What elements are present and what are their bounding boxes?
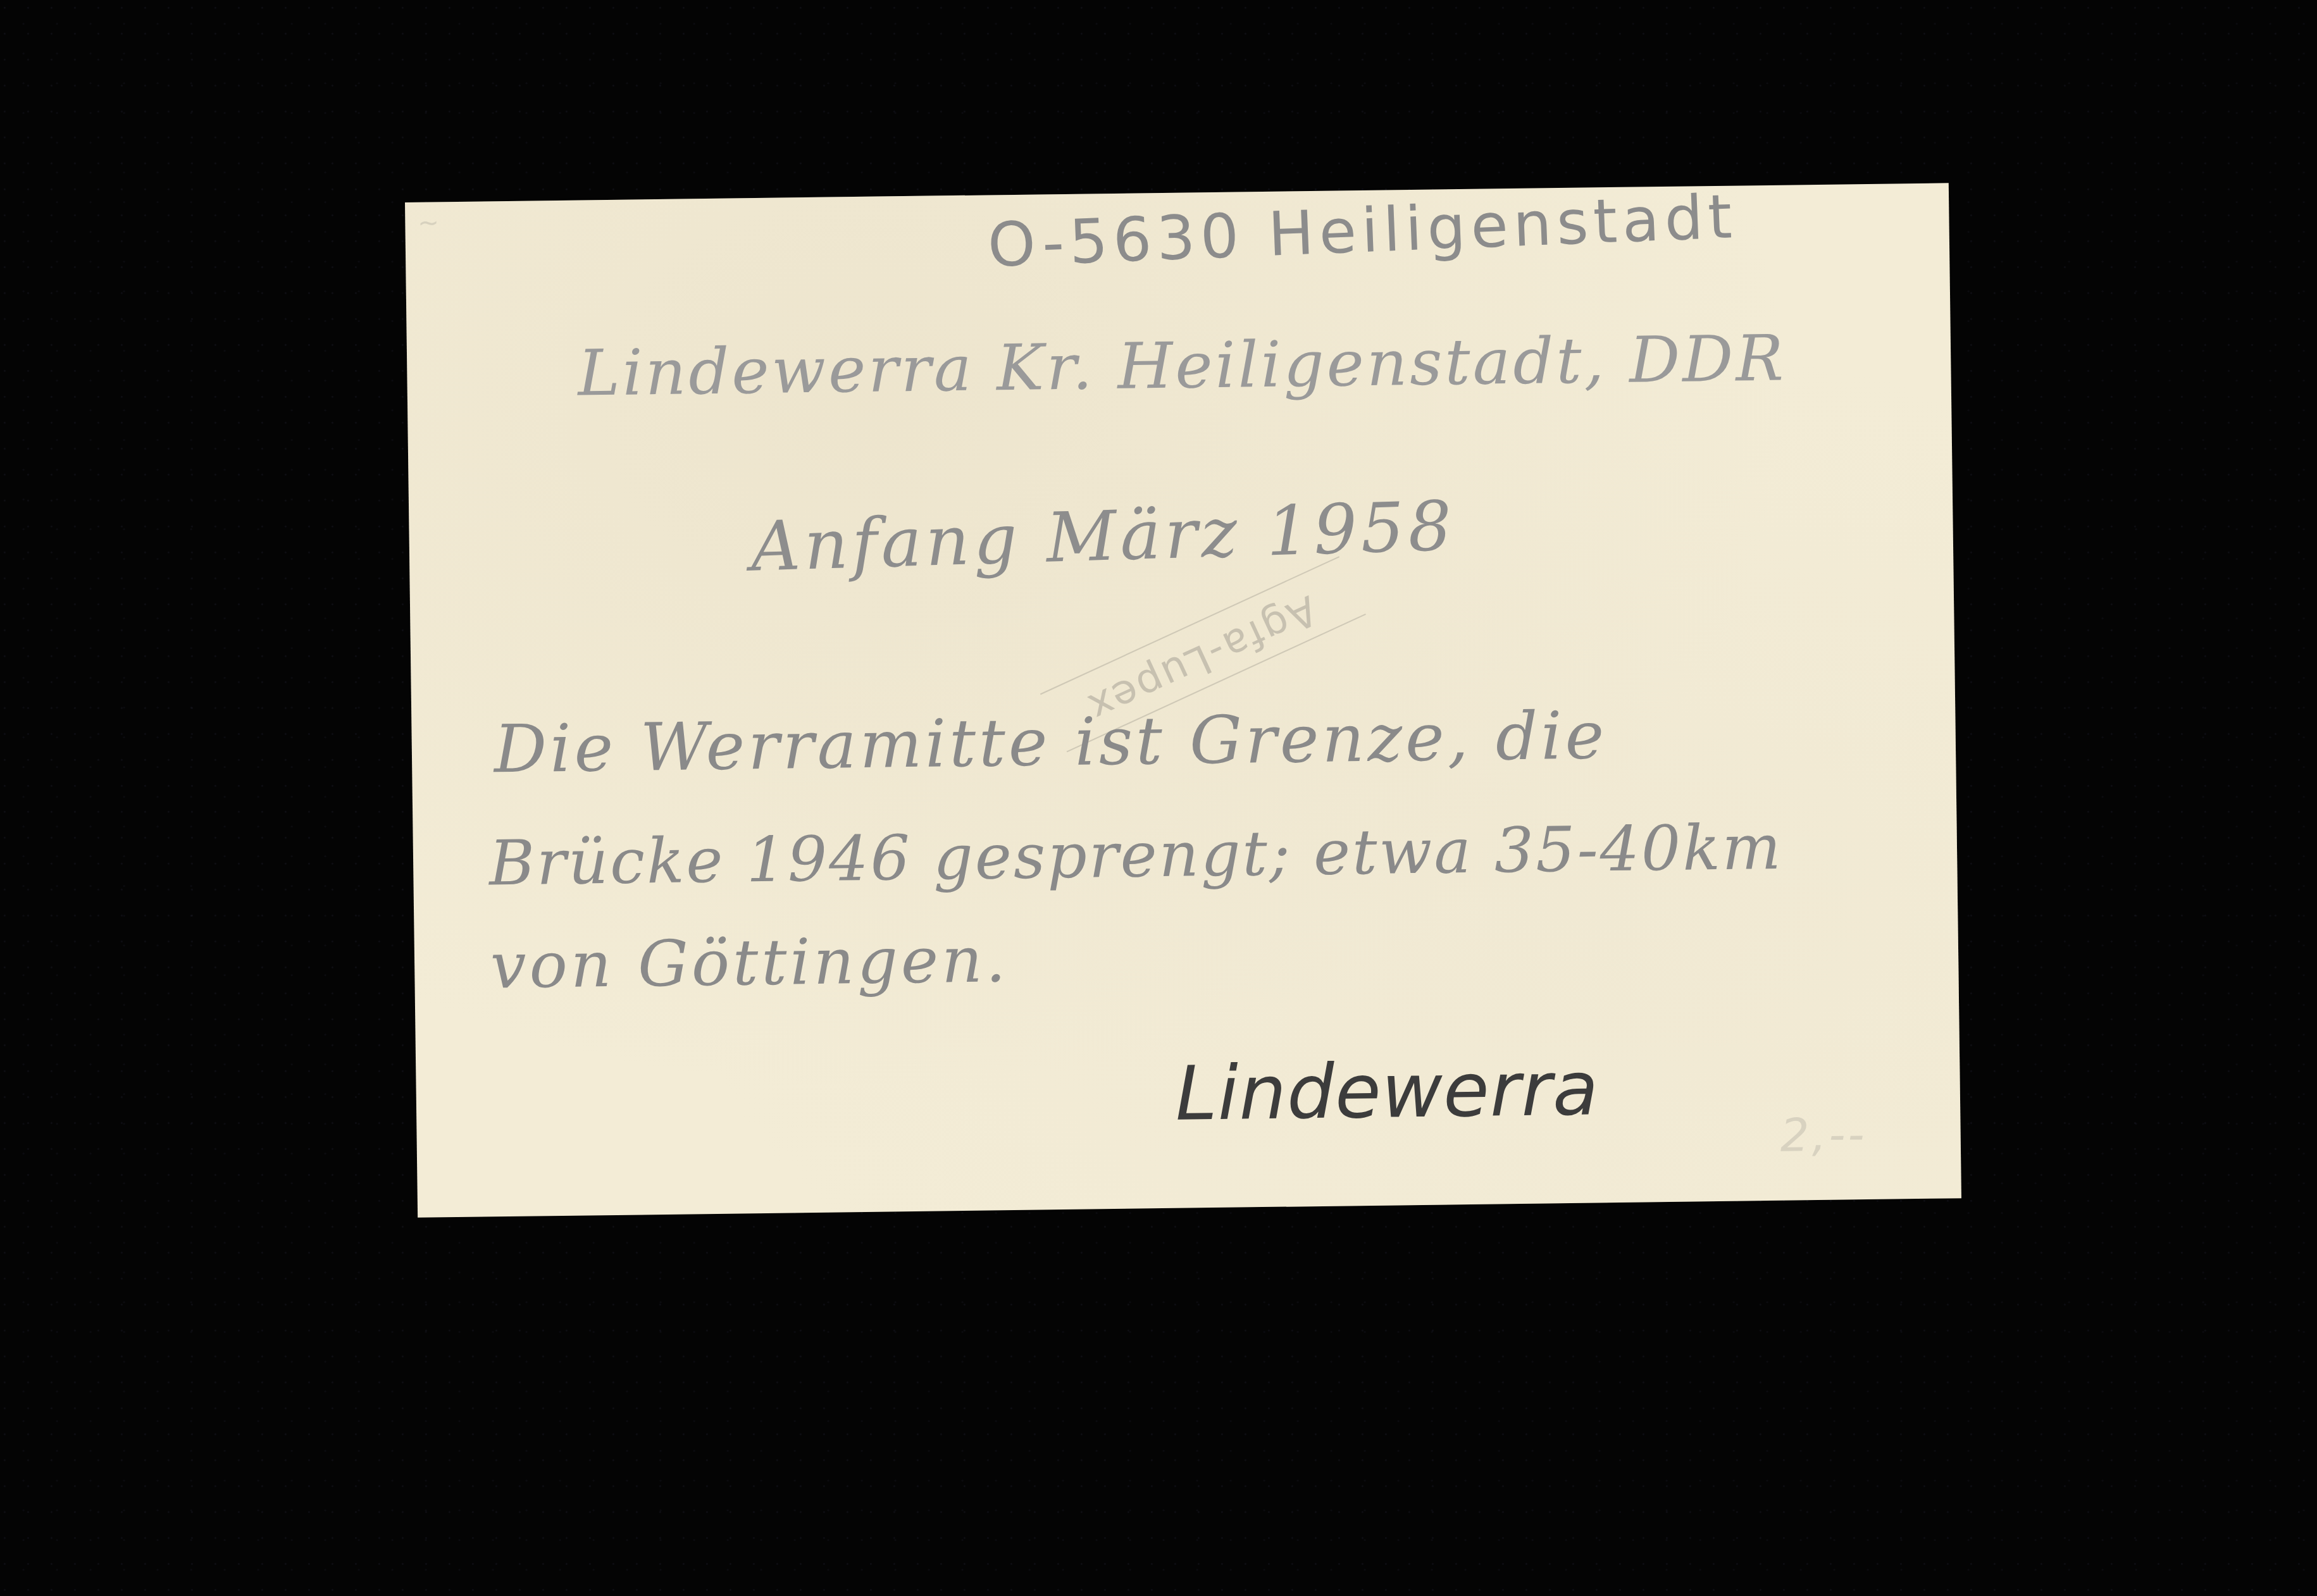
date-line: Anfang März 1958 (750, 486, 1457, 586)
price-mark: 2,-- (1780, 1108, 1867, 1162)
note-line-2: Brücke 1946 gesprengt; etwa 35-40km (488, 812, 1783, 900)
corner-smudge: ~ (418, 208, 439, 237)
place-line: Lindewerra Kr. Heiligenstadt, DDR (578, 321, 1787, 411)
note-line-3: von Göttingen. (490, 922, 1009, 1003)
scanner-background: ~ O-5630 Heiligenstadt Lindewerra Kr. He… (0, 0, 2317, 1596)
note-line-1: Die Werramitte ist Grenze, die (494, 696, 1608, 788)
postcode-line: O-5630 Heiligenstadt (986, 181, 1738, 281)
location-label: Lindewerra (1175, 1044, 1600, 1137)
photo-card-reverse: ~ O-5630 Heiligenstadt Lindewerra Kr. He… (405, 183, 1961, 1218)
